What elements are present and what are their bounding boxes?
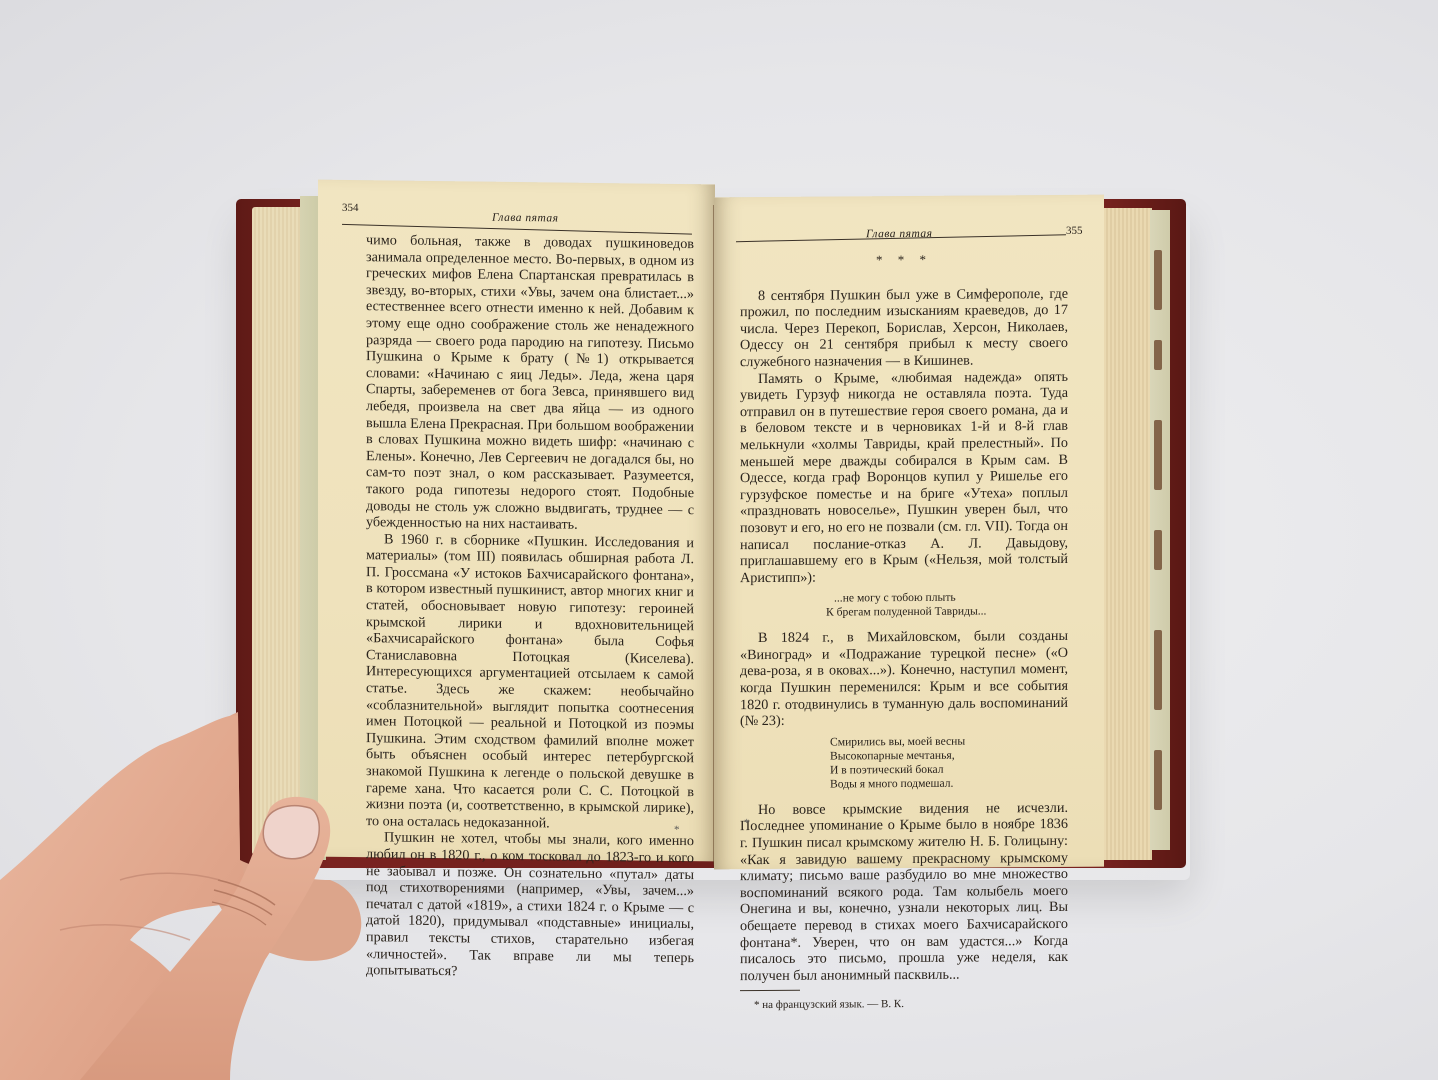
right-running-head: Глава пятая 355 (736, 217, 1086, 219)
paragraph: 8 сентября Пушкин был уже в Симферополе,… (740, 285, 1068, 370)
footnote-rule (740, 990, 800, 991)
footnote: * на французский язык. — В. К. (740, 995, 1068, 1014)
page-number-left: 354 (342, 202, 359, 214)
left-page: 354 Глава пятая чимо больная, также в до… (318, 180, 715, 862)
verse-quote: Смирились вы, моей весны Высокопарные ме… (740, 734, 1068, 792)
verse-quote: ...не могу с тобою плыть К брегам полуде… (740, 590, 1068, 620)
paragraph: чимо больная, также в доводах пушкиновед… (366, 232, 694, 535)
verse-line: Воды я много подмешал. (830, 776, 1068, 792)
paragraph: Пушкин не хотел, чтобы мы знали, кого им… (366, 830, 694, 983)
paragraph: Память о Крыме, «любимая надежда» опять … (740, 368, 1068, 586)
paragraph: В 1960 г. в сборнике «Пушкин. Исследован… (366, 531, 694, 834)
paragraph: В 1824 г., в Михайловском, были созданы … (740, 628, 1068, 730)
bottom-mark-left: * (674, 824, 680, 836)
verse-line: К брегам полуденной Тавриды... (826, 604, 1068, 620)
page-block-right (1100, 208, 1152, 860)
page-number-right: 355 (1066, 225, 1083, 237)
paragraph: Но вовсе крымские видения не исчезли. По… (740, 800, 1068, 985)
bottom-mark-right: * (744, 817, 750, 829)
endpaper-right (1150, 210, 1170, 850)
right-page-text: * * * 8 сентября Пушкин был уже в Симфер… (740, 247, 1068, 1014)
chapter-title-left: Глава пятая (492, 212, 559, 225)
left-running-head: 354 Глава пятая (342, 202, 692, 206)
right-page: Глава пятая 355 * * * 8 сентября Пушкин … (714, 195, 1104, 870)
section-break: * * * (740, 251, 1068, 270)
left-page-text: чимо больная, также в доводах пушкиновед… (366, 232, 694, 983)
